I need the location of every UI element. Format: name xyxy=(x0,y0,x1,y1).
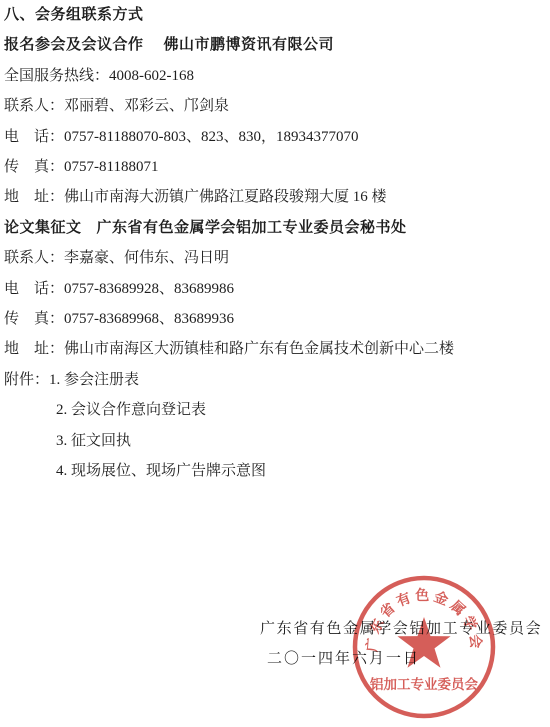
signature-block: 广东省有色金属学会铝加工专业委员会 二〇一四年六月一日 xyxy=(260,614,542,674)
document-body: 八、会务组联系方式 报名参会及会议合作佛山市鹏博资讯有限公司 全国服务热线：40… xyxy=(4,0,550,487)
papers-contacts-label: 联系人： xyxy=(4,250,64,266)
papers-contacts-line: 联系人：李嘉豪、何伟东、冯日明 xyxy=(4,243,550,273)
contacts-names: 邓丽碧、邓彩云、邝剑泉 xyxy=(64,98,229,114)
attachments-label: 附件： xyxy=(4,372,49,388)
papers-address-label: 地 址： xyxy=(4,341,64,357)
papers-phone-numbers: 0757-83689928、83689986 xyxy=(64,281,234,297)
papers-address-value: 佛山市南海区大沥镇桂和路广东有色金属技术创新中心二楼 xyxy=(64,341,454,357)
phone-numbers: 0757-81188070-803、823、830，18934377070 xyxy=(64,129,358,145)
registration-company: 佛山市鹏博资讯有限公司 xyxy=(164,37,335,53)
papers-address-line: 地 址：佛山市南海区大沥镇桂和路广东有色金属技术创新中心二楼 xyxy=(4,334,550,364)
hotline-label: 全国服务热线： xyxy=(4,68,109,84)
signature-organization: 广东省有色金属学会铝加工专业委员会 xyxy=(260,614,542,644)
registration-address-line: 地 址：佛山市南海大沥镇广佛路江夏路段骏翔大厦 16 楼 xyxy=(4,182,550,212)
attachments-line: 附件：1. 参会注册表 xyxy=(4,365,550,395)
hotline-line: 全国服务热线：4008-602-168 xyxy=(4,61,550,91)
registration-phone-line: 电 话：0757-81188070-803、823、830，1893437707… xyxy=(4,122,550,152)
papers-heading: 论文集征文广东省有色金属学会铝加工专业委员会秘书处 xyxy=(4,213,550,243)
papers-fax-line: 传 真：0757-83689968、83689936 xyxy=(4,304,550,334)
papers-organization: 广东省有色金属学会铝加工专业委员会秘书处 xyxy=(97,220,407,236)
papers-phone-label: 电 话： xyxy=(4,281,64,297)
signature-date: 二〇一四年六月一日 xyxy=(267,644,542,674)
papers-fax-label: 传 真： xyxy=(4,311,64,327)
registration-heading-label: 报名参会及会议合作 xyxy=(4,37,144,53)
attachment-item-1: 1. 参会注册表 xyxy=(49,372,139,388)
papers-heading-label: 论文集征文 xyxy=(4,220,82,236)
papers-phone-line: 电 话：0757-83689928、83689986 xyxy=(4,274,550,304)
hotline-number: 4008-602-168 xyxy=(109,68,194,84)
fax-number: 0757-81188071 xyxy=(64,159,158,175)
attachment-item-3: 3. 征文回执 xyxy=(4,426,550,456)
section-title: 八、会务组联系方式 xyxy=(4,0,550,30)
registration-heading: 报名参会及会议合作佛山市鹏博资讯有限公司 xyxy=(4,30,550,60)
attachment-item-4: 4. 现场展位、现场广告牌示意图 xyxy=(4,456,550,486)
papers-fax-numbers: 0757-83689968、83689936 xyxy=(64,311,234,327)
papers-contacts-names: 李嘉豪、何伟东、冯日明 xyxy=(64,250,229,266)
contacts-label: 联系人： xyxy=(4,98,64,114)
stamp-bottom-text: 铝加工专业委员会 xyxy=(370,676,478,692)
fax-label: 传 真： xyxy=(4,159,64,175)
phone-label: 电 话： xyxy=(4,129,64,145)
registration-fax-line: 传 真：0757-81188071 xyxy=(4,152,550,182)
registration-contacts-line: 联系人：邓丽碧、邓彩云、邝剑泉 xyxy=(4,91,550,121)
address-value: 佛山市南海大沥镇广佛路江夏路段骏翔大厦 16 楼 xyxy=(64,189,387,205)
document-page: 八、会务组联系方式 报名参会及会议合作佛山市鹏博资讯有限公司 全国服务热线：40… xyxy=(0,0,550,727)
attachment-item-2: 2. 会议合作意向登记表 xyxy=(4,395,550,425)
address-label: 地 址： xyxy=(4,189,64,205)
